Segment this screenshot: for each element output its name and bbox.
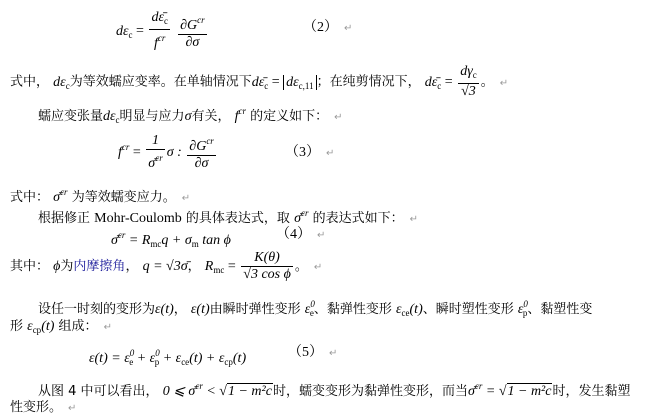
eq3-fraction-2: ∂Gcr ∂σ [187, 133, 216, 172]
eq4-number: （4）↵ [276, 227, 325, 244]
absolute-value: dεc,11 [283, 75, 316, 90]
paragraph-line-3: 式中： σ̄cr 为等效蠕变应力。↵ [10, 184, 190, 207]
symbol: dεc [103, 109, 120, 124]
text: ；在纯剪情况下， [317, 75, 421, 90]
text: 明显与应力 [120, 109, 185, 124]
paragraph-mark: ↵ [334, 112, 342, 123]
eq2-fraction-2: ∂Gcr ∂σ [178, 12, 207, 51]
paragraph-line-8: 从图 4 中可以看出， 0 ⩽ σ̄cr < √1 − m²c时，蠕变变形为黏弹… [38, 378, 630, 400]
symbol: dε̄c [252, 75, 269, 90]
paragraph-mark: ↵ [410, 214, 418, 225]
paragraph-mark: ↵ [329, 348, 337, 359]
text: 为等效蠕应变率。在单轴情况下 [70, 75, 252, 90]
symbol: dε̄c [425, 75, 442, 90]
eq3-fraction-1: 1 σ̄cr [146, 133, 164, 172]
paragraph-line-6: 设任一时刻的变形为ε(t)， ε(t)由瞬时弹性变形 ε0e、黏弹性变形 εce… [38, 296, 592, 321]
paragraph-line-4: 根据修正 Mohr-Coulomb 的具体表达式，取 σ̄cr 的表达式如下：↵ [38, 205, 418, 228]
fraction: dγc√3 [458, 64, 479, 100]
paragraph-line-9: 性变形。↵ [10, 400, 76, 417]
paragraph-line-1: 式中， dεc为等效蠕应变率。在单轴情况下dε̄c = dεc,11；在纯剪情况… [10, 64, 508, 100]
text: 有关， [191, 109, 230, 124]
paragraph-mark: ↵ [182, 193, 190, 204]
paragraph-mark: ↵ [68, 403, 76, 414]
eq2-equals: = [133, 24, 148, 39]
paragraph-line-5: 其中： ϕ为内摩擦角， q = √3σ̄， Rmc = K(θ)√3 cos ϕ… [10, 250, 322, 283]
symbol: fcr [235, 109, 246, 124]
internal-friction-angle-link[interactable]: 内摩擦角 [73, 259, 125, 274]
eq5-number: （5）↵ [288, 345, 337, 362]
paragraph-line-2: 蠕应变张量dεc明显与应力σ有关， fcr 的定义如下：↵ [38, 103, 343, 128]
paragraph-mark: ↵ [104, 322, 112, 333]
text: 蠕应变张量 [38, 109, 103, 124]
equation-2: dεc = dε̄c fcr ∂Gcr ∂σ [116, 10, 209, 52]
paragraph-mark: ↵ [344, 23, 352, 34]
fraction: K(θ)√3 cos ϕ [241, 250, 293, 283]
equation-3: fcr = 1 σ̄cr σ : ∂Gcr ∂σ [118, 133, 218, 172]
eq2-fraction-1: dε̄c fcr [149, 10, 170, 52]
eq2-number: （2）↵ [303, 20, 352, 37]
paragraph-line-7: 形 εcp(t) 组成：↵ [10, 319, 112, 338]
paragraph-mark: ↵ [314, 262, 322, 273]
eq2-lhs: dεc [116, 24, 133, 39]
paragraph-mark: ↵ [500, 78, 508, 89]
text: 式中， [10, 75, 49, 90]
paragraph-mark: ↵ [326, 148, 334, 159]
eq3-number: （3）↵ [285, 145, 334, 162]
text: 的定义如下： [250, 109, 328, 124]
mohr-coulomb-name: Mohr-Coulomb [94, 211, 182, 226]
paragraph-mark: ↵ [317, 230, 325, 241]
symbol: dεc [53, 75, 70, 90]
equation-5: ε(t) = ε0e + ε0p + εce(t) + εcp(t) [89, 345, 246, 370]
equation-4: σ̄cr = Rmcq + σm tan ϕ [111, 227, 231, 252]
